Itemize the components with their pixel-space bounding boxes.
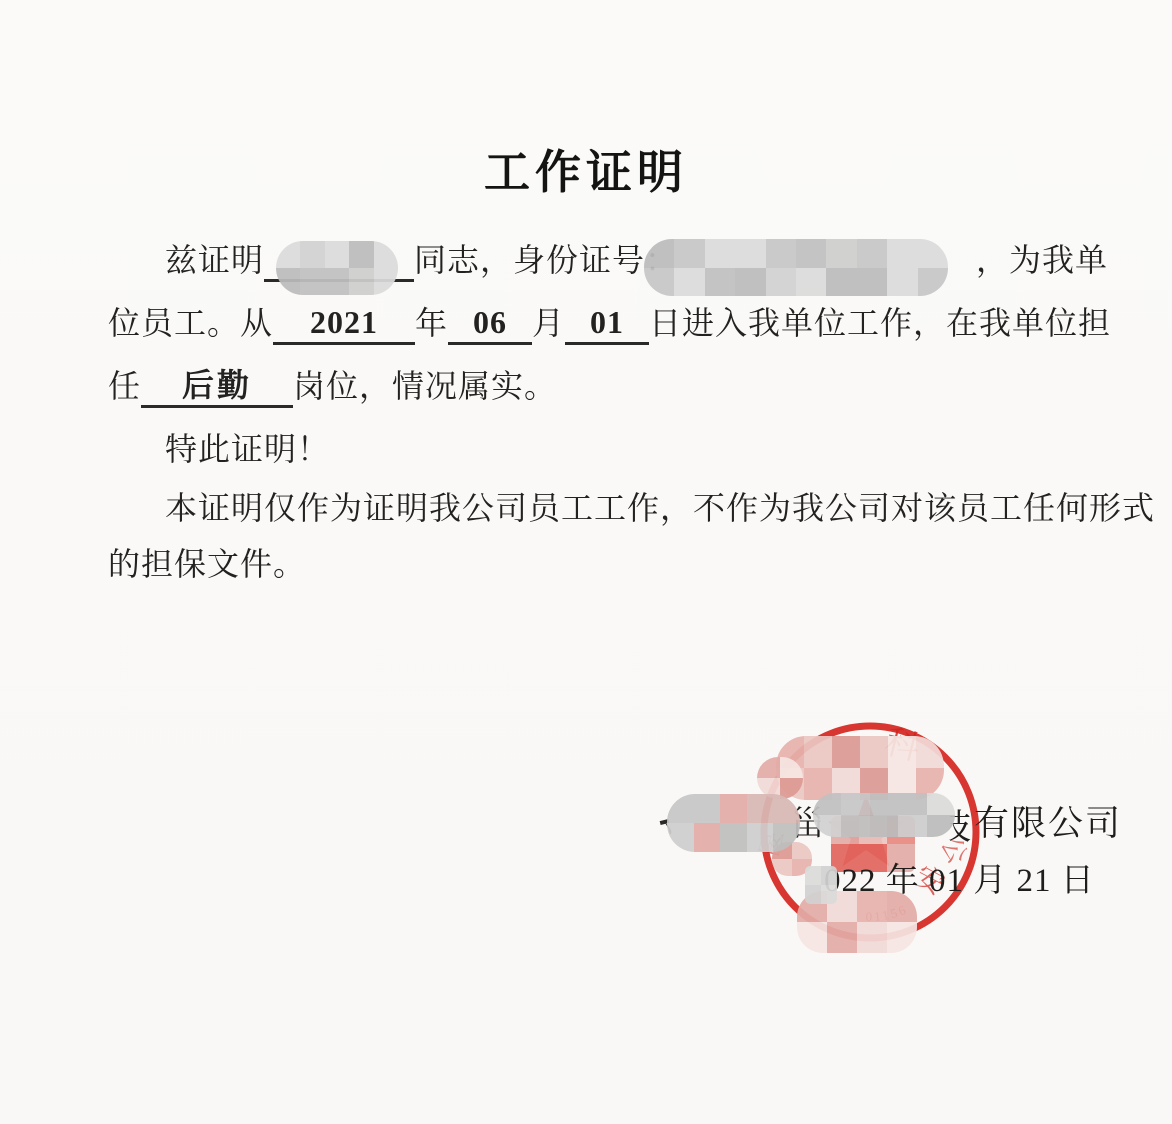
mosaic-tile — [804, 736, 832, 768]
mosaic-tile — [300, 268, 324, 295]
mosaic-tile — [870, 793, 898, 815]
mosaic-tile — [325, 268, 349, 295]
mosaic-tile — [832, 736, 860, 768]
redaction-blur-seal-lobe — [757, 757, 803, 799]
mosaic-tile — [827, 922, 857, 953]
mosaic-tile — [841, 815, 869, 837]
line2-end: 日进入我单位工作，在我单位担 — [649, 301, 1111, 345]
month-unit: 月 — [532, 301, 565, 345]
mosaic-tile — [841, 793, 869, 815]
mosaic-tile — [374, 268, 398, 295]
mosaic-tile — [898, 815, 926, 837]
company-name-suffix: 有限公司 — [974, 796, 1122, 846]
mosaic-tile — [857, 239, 887, 268]
mosaic-tile — [349, 241, 373, 268]
redaction-blur-id-number — [644, 239, 948, 296]
mosaic-tile — [747, 794, 774, 823]
disclaimer-line-1: 本证明仅作为证明我公司员工工作，不作为我公司对该员工任何形式 — [108, 486, 1155, 530]
mosaic-tile — [705, 239, 735, 268]
day-value: 01 — [565, 302, 649, 345]
mosaic-tile — [674, 268, 704, 297]
mosaic-tile — [674, 239, 704, 268]
mosaic-tile — [694, 823, 721, 852]
line2-start: 位员工。从 — [108, 301, 273, 345]
body-line-1: 兹证明 同志，身份证号： ，为我单 — [108, 238, 1108, 282]
mosaic-tile — [705, 268, 735, 297]
disclaimer-line-2: 的担保文件。 — [108, 542, 306, 586]
mosaic-tile — [805, 885, 821, 904]
mosaic-tile — [888, 736, 916, 768]
page-title: 工作证明 — [0, 136, 1172, 202]
mosaic-tile — [276, 268, 300, 295]
mosaic-tile — [735, 268, 765, 297]
mosaic-tile — [747, 823, 774, 852]
mosaic-tile — [805, 866, 821, 885]
line1-tail: ，为我单 — [976, 238, 1108, 282]
mosaic-tile — [870, 815, 898, 837]
mosaic-tile — [325, 241, 349, 268]
disclaimer-text-1: 本证明仅作为证明我公司员工工作，不作为我公司对该员工任何形式 — [165, 486, 1155, 530]
mosaic-tile — [821, 885, 837, 904]
body-line-3: 任 后勤 岗位，情况属实。 — [108, 364, 557, 408]
redaction-blur-company-2 — [813, 793, 955, 837]
mosaic-tile — [857, 268, 887, 297]
redaction-blur-date-left — [805, 866, 837, 904]
position-value: 后勤 — [141, 365, 293, 408]
line3-end: 岗位，情况属实。 — [293, 364, 557, 408]
mosaic-tile — [796, 268, 826, 297]
year-unit: 年 — [415, 301, 448, 345]
redaction-blur-seal-top — [776, 736, 944, 800]
work-certificate-document: 工作证明 兹证明 同志，身份证号： ，为我单 位员工。从 2021 年 06 月… — [0, 0, 1172, 1124]
closing-line: 特此证明！ — [108, 427, 330, 471]
month-value: 06 — [448, 302, 532, 345]
mosaic-tile — [300, 241, 324, 268]
mosaic-tile — [898, 793, 926, 815]
body-line-2: 位员工。从 2021 年 06 月 01 日进入我单位工作，在我单位担 — [108, 301, 1111, 345]
year-value: 2021 — [273, 302, 415, 345]
mosaic-tile — [857, 922, 887, 953]
mosaic-tile — [887, 239, 917, 268]
closing-text: 特此证明！ — [165, 427, 330, 471]
mosaic-tile — [720, 794, 747, 823]
mosaic-tile — [735, 239, 765, 268]
line1-prefix: 兹证明 — [165, 238, 264, 282]
mosaic-tile — [826, 268, 856, 297]
line3-start: 任 — [108, 364, 141, 408]
mosaic-tile — [644, 268, 674, 297]
mosaic-tile — [766, 239, 796, 268]
mosaic-tile — [694, 794, 721, 823]
mosaic-tile — [720, 823, 747, 852]
disclaimer-text-2: 的担保文件。 — [108, 542, 306, 586]
mosaic-tile — [349, 268, 373, 295]
redaction-blur-company-1 — [667, 794, 800, 852]
line1-suffix: 同志，身份证号： — [414, 238, 678, 282]
mosaic-tile — [826, 239, 856, 268]
mosaic-tile — [796, 239, 826, 268]
redaction-blur-name — [276, 241, 398, 295]
mosaic-tile — [766, 268, 796, 297]
mosaic-tile — [821, 866, 837, 885]
mosaic-tile — [918, 268, 948, 297]
mosaic-tile — [860, 736, 888, 768]
mosaic-tile — [887, 268, 917, 297]
signature-date: 022 年 01 月 21 日 — [824, 854, 1095, 901]
